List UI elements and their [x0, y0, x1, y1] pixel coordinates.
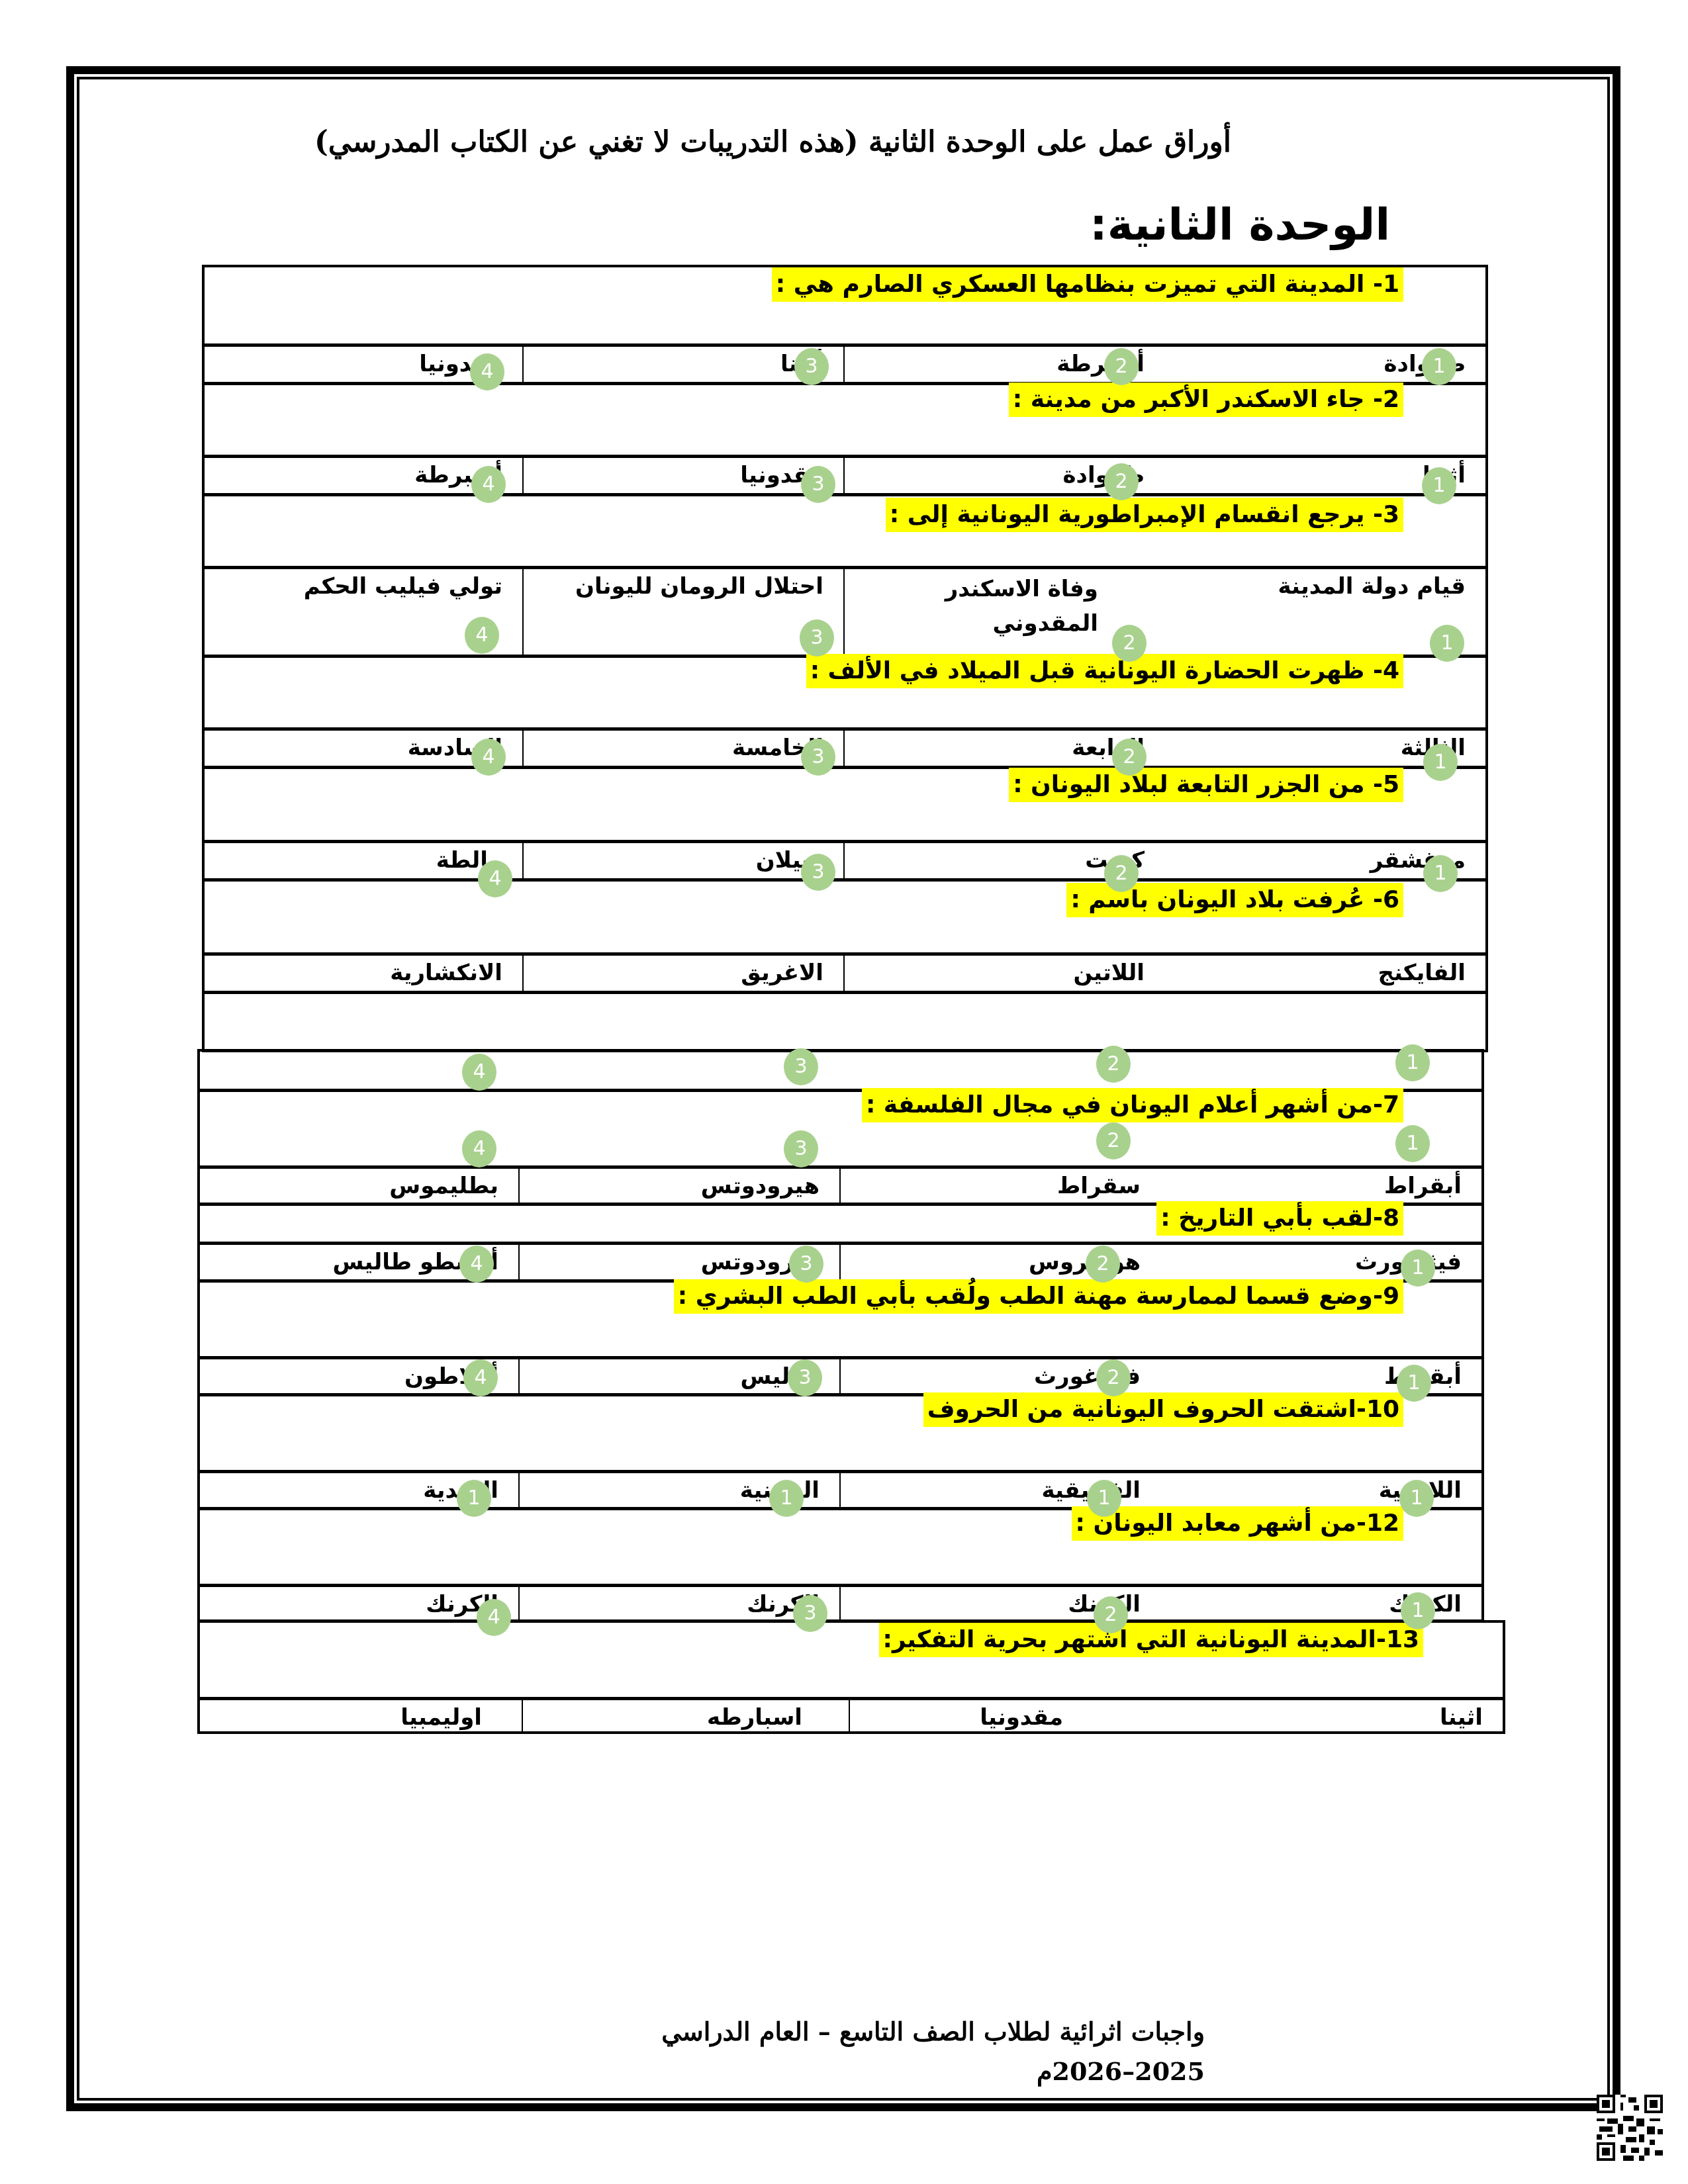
- option-cell[interactable]: أبقراط: [1160, 1169, 1481, 1203]
- option-cell[interactable]: اثينا: [1176, 1700, 1503, 1734]
- option-cell[interactable]: مالطة: [202, 843, 522, 878]
- options-row: اللاتينية الفينيقية الصينية الهندية: [200, 1470, 1481, 1507]
- option-text: وفاة الاسكندر المقدوني: [926, 572, 1098, 641]
- option-number-badge: 1: [1422, 467, 1456, 504]
- option-number-badge: 2: [1104, 855, 1139, 892]
- option-cell[interactable]: احتلال الرومان لليونان: [522, 569, 843, 655]
- option-text: اسبارطه: [707, 1703, 802, 1732]
- option-number-badge: 1: [1423, 855, 1458, 892]
- option-number-badge: 2: [1104, 463, 1139, 500]
- option-number-badge: 1: [1401, 1250, 1435, 1287]
- option-number-badge: 3: [793, 1595, 827, 1632]
- option-cell[interactable]: اوليمبيا: [197, 1700, 522, 1734]
- option-text: أبقراط: [1384, 1171, 1462, 1201]
- option-cell[interactable]: سيلان: [522, 843, 843, 878]
- option-number-badge: 3: [784, 1130, 818, 1167]
- question-3-text: 3- يرجع انقسام الإمبراطورية اليونانية إل…: [886, 498, 1403, 532]
- option-number-badge: 4: [478, 860, 512, 897]
- option-number-badge: 4: [462, 1054, 496, 1091]
- option-cell[interactable]: الفايكنج: [1164, 956, 1485, 991]
- worksheet-title: أوراق عمل على الوحدة الثانية (هذه التدري…: [199, 119, 1231, 165]
- option-number-badge: 4: [471, 466, 506, 503]
- option-number-badge: 1: [1395, 1125, 1430, 1162]
- footer-text: واجبات اثرائية لطلاب الصف التاسع – العام…: [596, 2012, 1205, 2091]
- option-number-badge: 3: [801, 739, 835, 776]
- option-number-badge: 3: [788, 1359, 822, 1396]
- question-13-text: 13-المدينة اليونانية التي اشتهر بحرية ال…: [879, 1623, 1423, 1657]
- option-cell[interactable]: مقدونيا: [522, 458, 843, 493]
- option-cell[interactable]: الخامسة: [522, 731, 843, 766]
- option-text: احتلال الرومان لليونان: [575, 572, 823, 601]
- options-row: الفايكنج اللاتين الاغريق الانكشارية: [205, 952, 1485, 991]
- option-text: تولي فيليب الحكم: [304, 572, 502, 601]
- option-number-badge: 1: [1397, 1365, 1431, 1402]
- option-cell[interactable]: الكرنك: [518, 1587, 839, 1622]
- option-number-badge: 2: [1096, 1046, 1131, 1083]
- options-row: قيام دولة المدينة وفاة الاسكندر المقدوني…: [205, 566, 1485, 655]
- option-number-badge: 1: [1395, 1044, 1430, 1081]
- option-text: الانكشارية: [390, 958, 502, 987]
- question-10-text: 10-اشتقت الحروف اليونانية من الحروف: [923, 1392, 1403, 1427]
- question-7-text: 7-من أشهر أعلام اليونان في مجال الفلسفة …: [862, 1088, 1403, 1122]
- question-8-text: 8-لقب بأبي التاريخ :: [1156, 1201, 1403, 1236]
- question-2-text: 2- جاء الاسكندر الأكبر من مدينة :: [1009, 383, 1403, 417]
- option-number-badge: 2: [1112, 625, 1147, 662]
- options-row: طروادة أسبرطة أثينا مقدونيا: [205, 343, 1485, 382]
- option-number-badge: 4: [470, 353, 504, 390]
- option-number-badge: 2: [1104, 348, 1139, 385]
- option-cell[interactable]: سقراط: [839, 1169, 1160, 1203]
- option-cell[interactable]: بطليموس: [197, 1169, 518, 1203]
- option-number-badge: 3: [801, 854, 835, 891]
- option-number-badge: 1: [1423, 744, 1458, 781]
- option-text: هوميروس: [1029, 1248, 1141, 1277]
- option-number-badge: 3: [784, 1048, 818, 1085]
- option-text: سقراط: [1057, 1171, 1141, 1201]
- option-number-badge: 1: [1401, 1592, 1435, 1629]
- option-number-badge: 2: [1096, 1359, 1131, 1396]
- question-12-text: 12-من أشهر معابد اليونان :: [1072, 1506, 1404, 1541]
- option-text: الفايكنج: [1378, 958, 1466, 987]
- option-cell[interactable]: الانكشارية: [202, 956, 522, 991]
- option-cell[interactable]: اللاتين: [843, 956, 1164, 991]
- option-number-badge: 1: [1087, 1480, 1121, 1517]
- question-9-text: 9-وضع قسما لممارسة مهنة الطب ولُقب بأبي …: [674, 1279, 1403, 1314]
- option-number-badge: 1: [1399, 1480, 1434, 1517]
- option-text: الاغريق: [741, 958, 823, 987]
- options-row: اثينا مقدونيا اسبارطه اوليمبيا: [200, 1697, 1503, 1734]
- option-number-badge: 2: [1096, 1122, 1131, 1160]
- option-text: اثينا: [1440, 1703, 1483, 1732]
- option-cell[interactable]: اسبارطه: [522, 1700, 849, 1734]
- option-number-badge: 3: [794, 348, 829, 385]
- options-row: أثينا طروادة مقدونيا أسبرطة: [205, 455, 1485, 493]
- options-row: أبقراط سقراط هيرودوتس بطليموس: [200, 1165, 1481, 1203]
- option-number-badge: 2: [1086, 1246, 1120, 1283]
- option-number-badge: 4: [463, 1359, 498, 1396]
- option-number-badge: 4: [459, 1246, 494, 1283]
- option-text: هيرودوتس: [701, 1171, 820, 1201]
- qr-code-icon: [1597, 2095, 1663, 2161]
- option-cell[interactable]: أبقراط: [1160, 1359, 1481, 1393]
- option-number-badge: 2: [1112, 739, 1147, 776]
- option-number-badge: 1: [1422, 348, 1456, 385]
- option-number-badge: 4: [465, 617, 499, 654]
- empty-badge-row: [200, 1052, 1481, 1089]
- option-number-badge: 3: [800, 619, 834, 657]
- option-number-badge: 1: [1430, 625, 1464, 662]
- option-number-badge: 1: [457, 1480, 491, 1517]
- option-number-badge: 2: [1094, 1596, 1128, 1633]
- option-number-badge: 3: [789, 1246, 823, 1283]
- options-row: الثالثة الرابعة الخامسة السادسة: [205, 727, 1485, 766]
- option-cell[interactable]: الاغريق: [522, 956, 843, 991]
- option-number-badge: 4: [462, 1130, 496, 1167]
- question-5-text: 5- من الجزر التابعة لبلاد اليونان :: [1009, 768, 1403, 802]
- option-text: بطليموس: [389, 1171, 498, 1201]
- option-text: مقدونيا: [980, 1703, 1063, 1732]
- option-text: اوليمبيا: [400, 1703, 482, 1732]
- empty-row: [205, 991, 1485, 1052]
- question-4-text: 4- ظهرت الحضارة اليونانية قبل الميلاد في…: [806, 654, 1403, 688]
- option-text: اللاتين: [1074, 958, 1145, 987]
- question-1-text: 1- المدينة التي تميزت بنظامها العسكري ال…: [772, 267, 1403, 302]
- option-cell[interactable]: هيرودوتس: [518, 1169, 839, 1203]
- option-cell[interactable]: الكرنك: [197, 1587, 518, 1622]
- option-number-badge: 1: [769, 1480, 804, 1517]
- option-cell[interactable]: مقدونيا: [849, 1700, 1176, 1734]
- option-number-badge: 3: [801, 466, 835, 503]
- option-number-badge: 4: [477, 1599, 511, 1636]
- option-number-badge: 4: [471, 739, 506, 776]
- option-text: قيام دولة المدينة: [1278, 572, 1466, 601]
- options-row: الكرنك الكرنك الكرنك الكرنك: [200, 1584, 1481, 1622]
- options-row: مدغشقر كريت سيلان مالطة: [205, 840, 1485, 878]
- options-row: فيثاغورث هوميروس هيرودوتس أرسطو طاليس: [200, 1242, 1481, 1279]
- unit-title: الوحدة الثانية:: [861, 192, 1390, 258]
- options-row: أبقراط فيثاغورث طاليس أفلاطون: [200, 1356, 1481, 1393]
